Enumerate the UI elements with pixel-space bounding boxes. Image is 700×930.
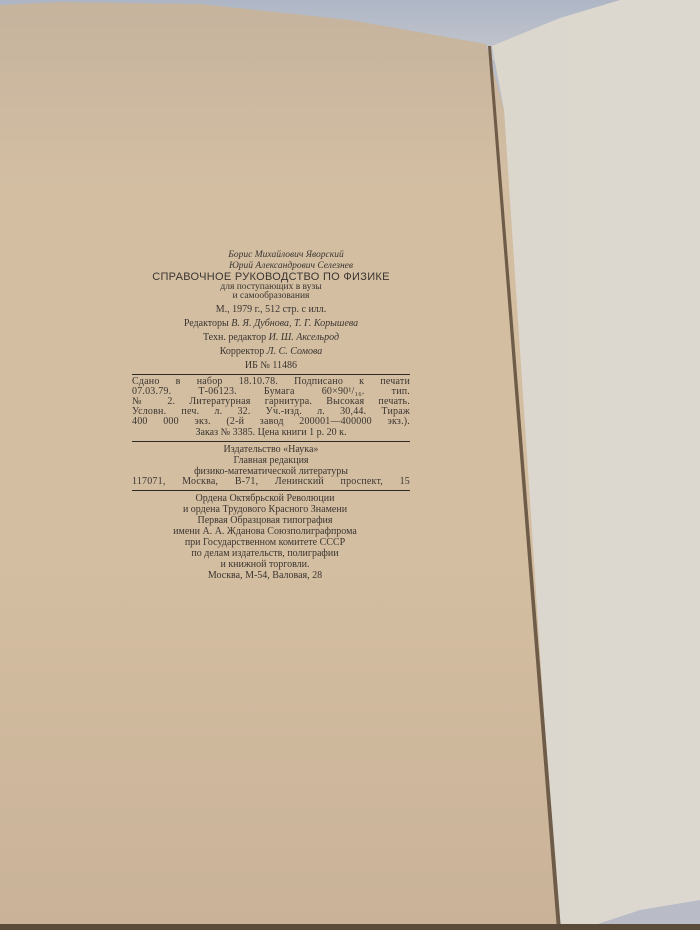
subtitle-2: и самообразования [132,292,410,301]
printer-block: Ордена Октябрьской Революции и ордена Тр… [132,493,410,581]
printer-line: и книжной торговли. [132,559,398,570]
imprint-block: Борис Михайлович Яворский Юрий Александр… [132,250,410,581]
editors-line: Редакторы В. Я. Дубнова, Т. Г. Корышева [132,318,410,329]
publisher-line: Главная редакция [132,455,410,466]
print-details: Сдано в набор 18.10.78. Подписано к печа… [132,377,410,438]
publication-line: М., 1979 г., 512 стр. с илл. [132,304,410,315]
printer-line: имени А. А. Жданова Союзполиграфпрома [132,526,398,537]
corrector-name: Л. С. Сомова [267,346,322,357]
print-detail-line: 400 000 экз. (2-й завод 200001—400000 эк… [132,417,410,427]
publisher-block: Издательство «Наука» Главная редакция фи… [132,444,410,487]
tech-editor-name: И. Ш. Аксельрод [269,332,339,343]
printer-line: Ордена Октябрьской Революции [132,493,398,504]
printer-line: при Государственном комитете СССР [132,537,398,548]
page-bottom-shadow [0,924,700,930]
printer-line: Москва, М-54, Валовая, 28 [132,570,398,581]
ib-number: ИБ № 11486 [132,360,410,371]
editors-label: Редакторы [184,318,229,329]
divider [132,441,410,442]
tech-editor-line: Техн. редактор И. Ш. Аксельрод [132,332,410,343]
printer-line: и ордена Трудового Красного Знамени [132,504,398,515]
divider [132,490,410,491]
tech-editor-label: Техн. редактор [203,332,266,343]
divider [132,374,410,375]
author-1: Борис Михайлович Яворский [132,250,410,261]
corrector-label: Корректор [220,346,265,357]
editors-names: В. Я. Дубнова, Т. Г. Корышева [231,318,358,329]
printer-line: Первая Образцовая типография [132,515,398,526]
print-detail-line: Заказ № 3385. Цена книги 1 р. 20 к. [132,427,410,438]
corrector-line: Корректор Л. С. Сомова [132,346,410,357]
publisher-line: Издательство «Наука» [132,444,410,455]
publisher-line: 117071, Москва, В-71, Ленинский проспект… [132,477,410,487]
printer-line: по делам издательств, полиграфии [132,548,398,559]
